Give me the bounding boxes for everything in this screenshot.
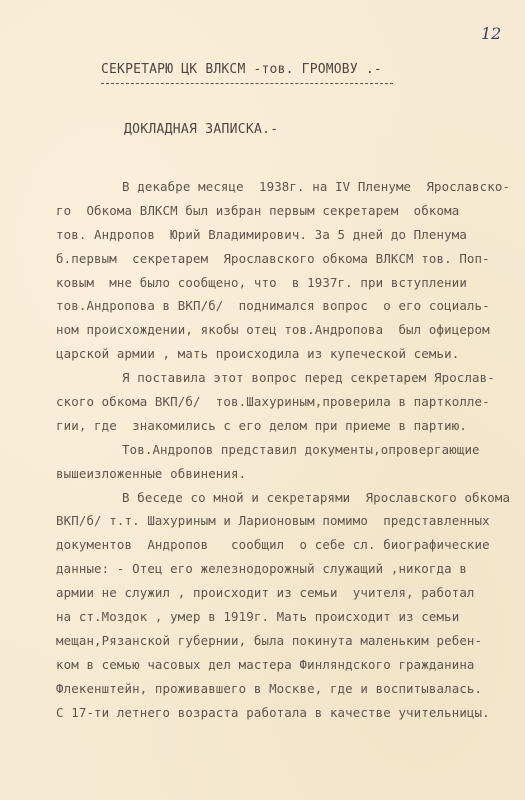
text-line: ном происхождении, якобы отец тов.Андроп… [56, 318, 516, 342]
text-line: ковым мне было сообщено, что в 1937г. пр… [56, 271, 516, 295]
text-line: ского обкома ВКП/б/ тов.Шахуриным,провер… [56, 390, 516, 414]
text-line: В декабре месяце 1938г. на IV Пленуме Яр… [56, 175, 516, 199]
text-line: армии не служил , происходит из семьи уч… [56, 581, 516, 605]
text-line: ком в семью часовых дел мастера Финляндс… [56, 653, 516, 677]
text-line: гии, где знакомились с его делом при при… [56, 414, 516, 438]
text-line: б.первым секретарем Ярославского обкома … [56, 247, 516, 271]
document-page: 12 СЕКРЕТАРЮ ЦК ВЛКСМ -тов. ГРОМОВУ .- Д… [0, 0, 525, 800]
text-line: тов. Андропов Юрий Владимирович. За 5 дн… [56, 223, 516, 247]
text-line: мещан,Рязанской губернии, была покинута … [56, 629, 516, 653]
addressee-underline [101, 83, 393, 84]
text-line: Я поставила этот вопрос перед секретарем… [56, 366, 516, 390]
text-line: Флекенштейн, проживавшего в Москве, где … [56, 677, 516, 701]
text-line: на ст.Моздок , умер в 1919г. Мать происх… [56, 605, 516, 629]
text-line: Тов.Андропов представил документы,опрове… [56, 438, 516, 462]
document-title: ДОКЛАДНАЯ ЗАПИСКА.- [124, 122, 278, 137]
text-line: С 17-ти летнего возраста работала в каче… [56, 701, 516, 725]
text-line: данные: - Отец его железнодорожный служа… [56, 557, 516, 581]
text-line: царской армии , мать происходила из купе… [56, 342, 516, 366]
text-line: В беседе со мной и секретарями Ярославск… [56, 486, 516, 510]
text-line: ВКП/б/ т.т. Шахуриным и Ларионовым помим… [56, 509, 516, 533]
memo-body: В декабре месяце 1938г. на IV Пленуме Яр… [56, 175, 516, 724]
text-line: вышеизложенные обвинения. [56, 462, 516, 486]
text-line: документов Андропов сообщил о себе сл. б… [56, 533, 516, 557]
text-line: го Обкома ВЛКСМ был избран первым секрет… [56, 199, 516, 223]
addressee-line: СЕКРЕТАРЮ ЦК ВЛКСМ -тов. ГРОМОВУ .- [101, 62, 382, 77]
text-line: тов.Андропова в ВКП/б/ поднимался вопрос… [56, 294, 516, 318]
handwritten-page-number: 12 [481, 24, 501, 43]
